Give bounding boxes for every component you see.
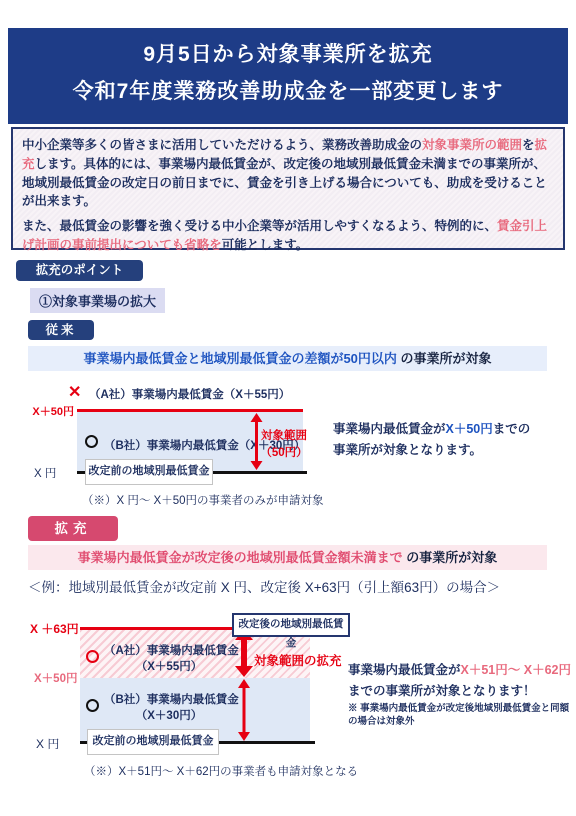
point1-label: ①対象事業場の拡大 (30, 288, 165, 313)
intro-box: 中小企業等多くの皆さまに活用していただけるよう、業務改善助成金の対象事業所の範囲… (11, 127, 565, 250)
range-label-line2: （50円） (260, 445, 308, 462)
circle-icon (86, 699, 99, 712)
circle-icon (85, 435, 98, 448)
side-text: 事業場内最低賃金が (333, 422, 446, 436)
intro-paragraph-1: 中小企業等多くの皆さまに活用していただけるよう、業務改善助成金の対象事業所の範囲… (22, 136, 554, 211)
expansion-side-text: 事業場内最低賃金がX＋51円～ X＋62円 までの事業所が対象となります！ ※ … (348, 660, 570, 729)
expansion-badge: 拡充 (28, 516, 118, 541)
company-b-line2: （X＋30円） (104, 709, 234, 725)
banner-highlight: 事業場内最低賃金が改定後の地域別最低賃金額未満まで (78, 550, 403, 565)
x-mark-icon: ✕ (68, 382, 81, 402)
side-accent: X＋50円 (446, 422, 493, 436)
top-level-label: X ＋63円 (30, 620, 79, 637)
expansion-note: （※）X＋51円～ X＋62円の事業者も申請対象となる (84, 763, 358, 779)
conventional-banner: 事業場内最低賃金と地域別最低賃金の差額が50円以内 の事業所が対象 (28, 346, 547, 371)
page-title: 9月5日から対象事業所を拡充 令和7年度業務改善助成金を一部変更します (8, 28, 568, 124)
expansion-banner: 事業場内最低賃金が改定後の地域別最低賃金額未満まで の事業所が対象 (28, 545, 547, 570)
intro-text: 中小企業等多くの皆さまに活用していただけるよう、業務改善助成金の (22, 138, 422, 152)
base-level-label: X 円 (36, 735, 59, 752)
points-badge: 拡充のポイント (16, 260, 143, 281)
base-level-label: X 円 (34, 465, 56, 481)
intro-text: を (522, 138, 535, 152)
company-a-line1: （A社）事業場内最低賃金 (104, 644, 234, 660)
intro-highlight: 対象事業所の範囲 (422, 138, 522, 152)
side-accent: X＋51円～ X＋62円 (461, 663, 571, 677)
range-arrow-icon (250, 413, 263, 470)
conventional-note: （※）X 円～ X＋50円の事業者のみが申請対象 (82, 492, 324, 508)
side-text: 事業所が対象となります。 (333, 443, 482, 457)
page-title-line1: 9月5日から対象事業所を拡充 (8, 37, 568, 74)
company-b-line1: （B社）事業場内最低賃金 (104, 693, 234, 709)
circle-icon-red (86, 650, 99, 663)
banner-rest: の事業所が対象 (397, 351, 492, 366)
company-a-label: （A社）事業場内最低賃金 （X＋55円） (104, 644, 234, 675)
intro-paragraph-2: また、最低賃金の影響を強く受ける中小企業等が活用しやすくなるよう、特例的に、賃金… (22, 217, 554, 255)
company-b-label: （B社）事業場内最低賃金 （X＋30円） (104, 693, 234, 724)
intro-text: します。具体的には、事業場内最低賃金が、改定後の地域別最低賃金未満までの事業所が… (22, 157, 547, 209)
new-minimum-box: 改定後の地域別最低賃金 (232, 613, 350, 637)
baseline-box: 改定前の地域別最低賃金 (87, 729, 219, 755)
conventional-side-text: 事業場内最低賃金がX＋50円までの 事業所が対象となります。 (333, 419, 530, 460)
intro-text: また、最低賃金の影響を強く受ける中小企業等が活用しやすくなるよう、特例的に、 (22, 219, 497, 233)
page-title-line2: 令和7年度業務改善助成金を一部変更します (8, 74, 568, 111)
company-a-label: （A社）事業場内最低賃金（X＋55円） (89, 386, 290, 402)
banner-highlight: 事業場内最低賃金と地域別最低賃金の差額が50円以内 (83, 351, 396, 366)
mid-level-label: X＋50円 (34, 670, 77, 686)
side-text: までの事業所が対象となります！ (348, 684, 536, 698)
company-a-line2: （X＋55円） (104, 660, 234, 676)
conventional-badge: 従来 (28, 320, 94, 340)
banner-rest: の事業所が対象 (403, 550, 498, 565)
range-label-line1: 対象範囲 (260, 428, 308, 445)
side-text: までの (493, 422, 531, 436)
upper-level-label: X＋50円 (30, 403, 74, 419)
side-note: ※ 事業場内最低賃金が改定後地域別最低賃金と同額の場合は対象外 (348, 703, 570, 729)
flyer-page: 9月5日から対象事業所を拡充 令和7年度業務改善助成金を一部変更します 中小企業… (0, 0, 576, 816)
range-label: 対象範囲 （50円） (260, 428, 308, 463)
example-line: ＜例：地域別最低賃金が改定前 X 円、改定後 X+63円（引上額63円）の場合＞ (28, 576, 500, 596)
lower-range-arrow-icon (237, 679, 251, 741)
side-text: 事業場内最低賃金が (348, 663, 461, 677)
baseline-box: 改定前の地域別最低賃金 (85, 459, 213, 485)
expanded-range-label: 対象範囲の拡充 (254, 651, 342, 669)
intro-text: 可能とします。 (222, 238, 309, 252)
